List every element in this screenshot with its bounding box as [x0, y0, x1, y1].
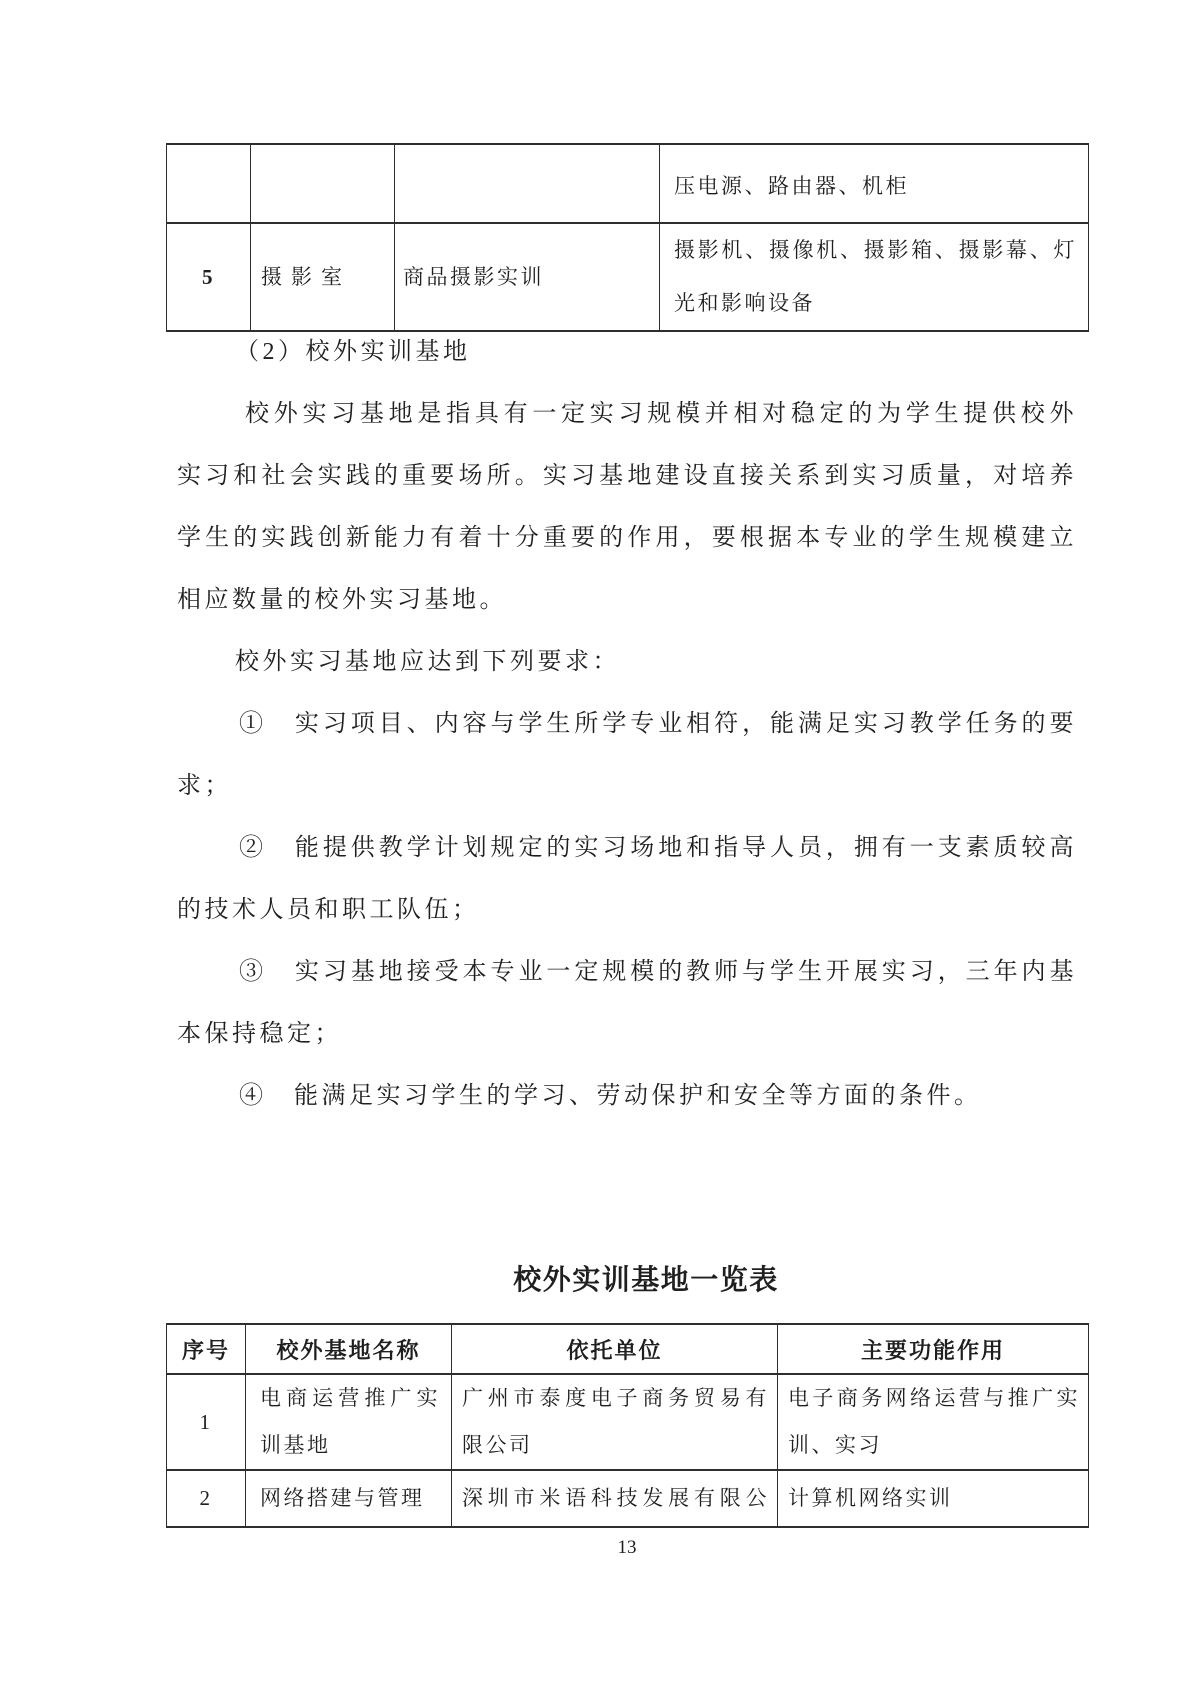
base-row2-function-line1: 计算机网络实训	[778, 1475, 1088, 1522]
row5-program-text: 商品摄影实训	[395, 251, 659, 304]
base-row2-function-cell: 计算机网络实训	[778, 1470, 1089, 1527]
carryover-equipment-text: 压电源、路由器、机柜	[660, 163, 1088, 204]
base-row2-name-cell: 网络搭建与管理	[246, 1470, 452, 1527]
list-item1-line1: ① 实习项目、内容与学生所学专业相符，能满足实习教学任务的要	[177, 693, 1077, 755]
page-number: 13	[166, 1536, 1088, 1560]
list-item2-line2: 的技术人员和职工队伍；	[177, 879, 1077, 941]
off-campus-base-table: 序号 校外基地名称 依托单位 主要功能作用 1 电商运营推广实 训基地 广州市泰…	[166, 1323, 1089, 1528]
base-row-1: 1 电商运营推广实 训基地 广州市泰度电子商务贸易有 限公司 电子商务网络运营与…	[167, 1374, 1089, 1470]
base-table-header-row: 序号 校外基地名称 依托单位 主要功能作用	[167, 1324, 1089, 1374]
base-row1-function-line2: 训、实习	[778, 1422, 1088, 1469]
base-row1-index: 1	[167, 1374, 246, 1470]
header-base-name: 校外基地名称	[246, 1324, 452, 1374]
equipment-carryover-row: 压电源、路由器、机柜	[167, 144, 1089, 223]
carryover-equipment-cell: 压电源、路由器、机柜	[660, 144, 1089, 223]
base-row2-org-cell: 深圳市米语科技发展有限公	[452, 1470, 778, 1527]
base-row2-index: 2	[167, 1470, 246, 1527]
carryover-program-cell	[395, 144, 660, 223]
section-heading: （2）校外实训基地	[177, 321, 1077, 383]
row5-index: 5	[167, 223, 251, 331]
list-item4: ④ 能满足实习学生的学习、劳动保护和安全等方面的条件。	[177, 1065, 1077, 1127]
carryover-index-cell	[167, 144, 251, 223]
base-row1-name-line2: 训基地	[246, 1422, 451, 1469]
row5-room-text: 摄影室	[251, 251, 394, 304]
body-text-block: （2）校外实训基地 校外实习基地是指具有一定实习规模并相对稳定的为学生提供校外 …	[177, 321, 1077, 1127]
equipment-row-5: 5 摄影室 商品摄影实训 摄影机、摄像机、摄影箱、摄影幕、灯 光和影响设备	[167, 223, 1089, 331]
document-page: 压电源、路由器、机柜 5 摄影室 商品摄影实训 摄影机、摄像机、摄影箱、摄影幕、…	[0, 0, 1190, 1683]
list-item3-line1: ③ 实习基地接受本专业一定规模的教师与学生开展实习，三年内基	[177, 941, 1077, 1003]
paragraph1-line3: 学生的实践创新能力有着十分重要的作用，要根据本专业的学生规模建立	[177, 507, 1077, 569]
header-main-function: 主要功能作用	[778, 1324, 1089, 1374]
paragraph1-line4: 相应数量的校外实习基地。	[177, 569, 1077, 631]
equipment-table: 压电源、路由器、机柜 5 摄影室 商品摄影实训 摄影机、摄像机、摄影箱、摄影幕、…	[166, 143, 1089, 332]
header-organization: 依托单位	[452, 1324, 778, 1374]
base-row1-function-line1: 电子商务网络运营与推广实	[778, 1375, 1088, 1422]
base-row-2: 2 网络搭建与管理 深圳市米语科技发展有限公 计算机网络实训	[167, 1470, 1089, 1527]
base-row2-org-line1: 深圳市米语科技发展有限公	[452, 1475, 777, 1522]
list-item3-line2: 本保持稳定；	[177, 1003, 1077, 1065]
base-row2-name-line1: 网络搭建与管理	[246, 1475, 451, 1522]
base-row1-name-cell: 电商运营推广实 训基地	[246, 1374, 452, 1470]
paragraph1-line2: 实习和社会实践的重要场所。实习基地建设直接关系到实习质量，对培养	[177, 445, 1077, 507]
base-row1-org-line1: 广州市泰度电子商务贸易有	[452, 1375, 777, 1422]
paragraph1-line1: 校外实习基地是指具有一定实习规模并相对稳定的为学生提供校外	[177, 383, 1077, 445]
base-row1-name-line1: 电商运营推广实	[246, 1375, 451, 1422]
row5-equipment-line1: 摄影机、摄像机、摄影箱、摄影幕、灯	[660, 224, 1088, 277]
header-index: 序号	[167, 1324, 246, 1374]
list-item2-line1: ② 能提供教学计划规定的实习场地和指导人员，拥有一支素质较高	[177, 817, 1077, 879]
base-row1-org-cell: 广州市泰度电子商务贸易有 限公司	[452, 1374, 778, 1470]
base-row1-org-line2: 限公司	[452, 1422, 777, 1469]
row5-equipment-cell: 摄影机、摄像机、摄影箱、摄影幕、灯 光和影响设备	[660, 223, 1089, 331]
list-item1-line2: 求；	[177, 755, 1077, 817]
base-table-title: 校外实训基地一览表	[166, 1258, 1088, 1304]
carryover-room-cell	[251, 144, 395, 223]
paragraph2: 校外实习基地应达到下列要求：	[177, 631, 1077, 693]
base-row1-function-cell: 电子商务网络运营与推广实 训、实习	[778, 1374, 1089, 1470]
row5-room-cell: 摄影室	[251, 223, 395, 331]
row5-program-cell: 商品摄影实训	[395, 223, 660, 331]
